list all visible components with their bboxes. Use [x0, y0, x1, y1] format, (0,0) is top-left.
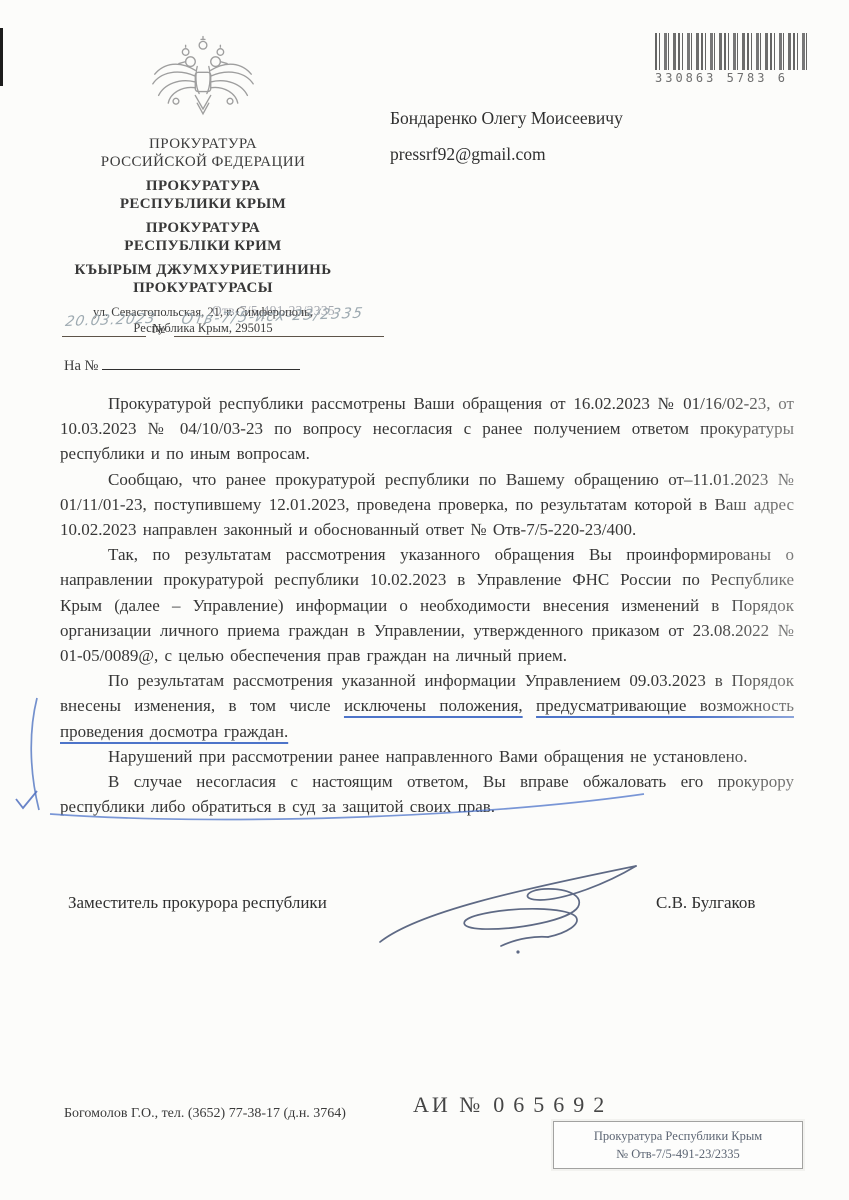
- russian-double-eagle-emblem-icon: [147, 34, 259, 126]
- number-underline: [174, 336, 384, 337]
- blank-series-digits: 065692: [493, 1092, 613, 1117]
- date-underline: [62, 336, 146, 337]
- signer-title: Заместитель прокурора республики: [68, 893, 327, 913]
- reply-to-label: На №: [64, 358, 98, 374]
- recipient-block: Бондаренко Олегу Моисеевичу pressrf92@gm…: [390, 108, 623, 165]
- handwritten-signature: [368, 850, 668, 962]
- paragraph-6: В случае несогласия с настоящим ответом,…: [60, 769, 794, 819]
- pen-margin-line: [26, 696, 44, 814]
- org-ua-line1: ПРОКУРАТУРА: [36, 220, 370, 238]
- paragraph-2: Сообщаю, что ранее прокуратурой республи…: [60, 467, 794, 543]
- number-sign: №: [152, 322, 165, 338]
- recipient-email: pressrf92@gmail.com: [390, 144, 623, 165]
- barcode-digits: 330863 5783 6: [655, 71, 807, 85]
- org-federal-line2: РОССИЙСКОЙ ФЕДЕРАЦИИ: [36, 154, 370, 172]
- paragraph-5: Нарушений при рассмотрении ранее направл…: [60, 744, 794, 769]
- barcode: 330863 5783 6: [655, 33, 807, 85]
- letter-body: Прокуратурой республики рассмотрены Ваши…: [60, 391, 794, 819]
- executor-contact: Богомолов Г.О., тел. (3652) 77-38-17 (д.…: [64, 1106, 346, 1122]
- org-ru-line1: ПРОКУРАТУРА: [36, 178, 370, 196]
- org-crimean-line2: ПРОКУРАТУРАСЫ: [36, 280, 370, 298]
- paragraph-1: Прокуратурой республики рассмотрены Ваши…: [60, 391, 794, 467]
- reply-to-line: На №: [64, 356, 300, 375]
- letterhead: ПРОКУРАТУРА РОССИЙСКОЙ ФЕДЕРАЦИИ ПРОКУРА…: [36, 34, 370, 336]
- barcode-bars-icon: [655, 33, 807, 70]
- org-ua-line2: РЕСПУБЛІКИ КРИМ: [36, 238, 370, 256]
- scanned-letter-page: 330863 5783 6: [0, 0, 849, 1200]
- org-ru-line2: РЕСПУБЛИКИ КРЫМ: [36, 196, 370, 214]
- signer-name: С.В. Булгаков: [656, 893, 755, 913]
- scan-artifact-line: [0, 28, 3, 86]
- paragraph-3: Так, по результатам рассмотрения указанн…: [60, 542, 794, 668]
- reply-to-underline: [102, 356, 300, 370]
- stamp-org-name: Прокуратура Республики Крым: [554, 1129, 802, 1144]
- recipient-name: Бондаренко Олегу Моисеевичу: [390, 108, 623, 129]
- handwritten-date: 20.03.2023: [64, 311, 157, 330]
- paragraph-4-underlined-1: исключены положения,: [344, 696, 523, 715]
- org-crimean-line1: КЪЫРЫМ ДЖУМХУРИЕТИНИНЬ: [36, 262, 370, 280]
- org-federal-line1: ПРОКУРАТУРА: [36, 136, 370, 154]
- paragraph-4: По результатам рассмотрения указанной ин…: [60, 668, 794, 744]
- pen-check-mark: [14, 788, 40, 814]
- blank-series-prefix: АИ №: [413, 1092, 483, 1117]
- blank-series-number: АИ №065692: [413, 1092, 613, 1118]
- registration-line: 20.03.2023 № Отв-7/5-исх-23/2335: [62, 314, 392, 344]
- stamp-number: № Отв-7/5-491-23/2335: [554, 1147, 802, 1162]
- registration-stamp-box: Прокуратура Республики Крым № Отв-7/5-49…: [553, 1121, 803, 1169]
